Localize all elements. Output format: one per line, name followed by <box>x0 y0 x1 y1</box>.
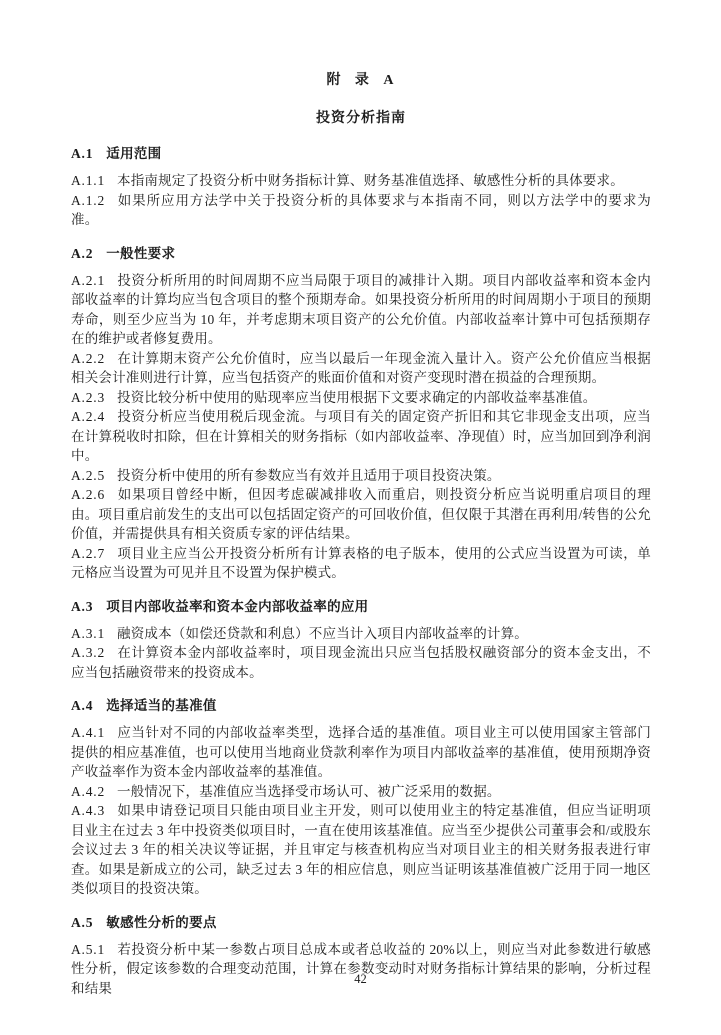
paragraph-number: A.4.1 <box>71 725 105 740</box>
section-title: 一般性要求 <box>106 246 175 261</box>
paragraph-number: A.2.6 <box>71 487 105 502</box>
paragraph-number: A.4.3 <box>71 803 105 818</box>
section-number: A.3 <box>71 599 93 614</box>
section-title: 选择适当的基准值 <box>106 698 216 713</box>
document-page: 附 录 A 投资分析指南 A.1适用范围 A.1.1本指南规定了投资分析中财务指… <box>0 0 721 1035</box>
paragraph-text: 若投资分析中某一参数占项目总成本或者总收益的 20%以上，则应当对此参数进行敏感… <box>71 942 651 996</box>
paragraph-number: A.3.2 <box>71 645 105 660</box>
section-number: A.5 <box>71 915 93 930</box>
paragraph-number: A.5.1 <box>71 942 105 957</box>
section-title: 适用范围 <box>106 146 161 161</box>
section-heading-a5: A.5敏感性分析的要点 <box>71 913 651 932</box>
paragraph-text: 本指南规定了投资分析中财务指标计算、财务基准值选择、敏感性分析的具体要求。 <box>117 173 624 188</box>
paragraph-text: 投资分析中使用的所有参数应当有效并且适用于项目投资决策。 <box>117 468 501 483</box>
paragraph-number: A.2.3 <box>71 390 105 405</box>
paragraph-number: A.2.4 <box>71 409 105 424</box>
page-number: 42 <box>0 972 721 987</box>
paragraph-a2-4: A.2.4投资分析应当使用税后现金流。与项目有关的固定资产折旧和其它非现金支出项… <box>71 407 651 466</box>
paragraph-number: A.1.2 <box>71 193 105 208</box>
document-title: 投资分析指南 <box>71 109 651 128</box>
paragraph-a3-1: A.3.1融资成本（如偿还贷款和利息）不应当计入项目内部收益率的计算。 <box>71 624 651 644</box>
paragraph-a4-3: A.4.3如果申请登记项目只能由项目业主开发，则可以使用业主的特定基准值，但应当… <box>71 801 651 899</box>
section-heading-a3: A.3项目内部收益率和资本金内部收益率的应用 <box>71 597 651 616</box>
paragraph-text: 融资成本（如偿还贷款和利息）不应当计入项目内部收益率的计算。 <box>117 626 528 641</box>
paragraph-text: 投资分析应当使用税后现金流。与项目有关的固定资产折旧和其它非现金支出项，应当在计… <box>71 409 651 463</box>
paragraph-a4-1: A.4.1应当针对不同的内部收益率类型，选择合适的基准值。项目业主可以使用国家主… <box>71 723 651 782</box>
section-heading-a1: A.1适用范围 <box>71 144 651 163</box>
section-heading-a2: A.2一般性要求 <box>71 244 651 263</box>
paragraph-text: 一般情况下，基准值应当选择受市场认可、被广泛采用的数据。 <box>117 784 501 799</box>
paragraph-a5-1: A.5.1若投资分析中某一参数占项目总成本或者总收益的 20%以上，则应当对此参… <box>71 940 651 999</box>
paragraph-a2-3: A.2.3投资比较分析中使用的贴现率应当使用根据下文要求确定的内部收益率基准值。 <box>71 388 651 408</box>
section-number: A.4 <box>71 698 93 713</box>
section-title: 项目内部收益率和资本金内部收益率的应用 <box>106 599 368 614</box>
appendix-title: 附 录 A <box>71 71 651 90</box>
paragraph-number: A.3.1 <box>71 626 105 641</box>
section-number: A.2 <box>71 246 93 261</box>
paragraph-text: 投资比较分析中使用的贴现率应当使用根据下文要求确定的内部收益率基准值。 <box>117 390 597 405</box>
section-title: 敏感性分析的要点 <box>106 915 216 930</box>
paragraph-a2-1: A.2.1投资分析所用的时间周期不应当局限于项目的减排计入期。项目内部收益率和资… <box>71 271 651 349</box>
paragraph-number: A.2.5 <box>71 468 105 483</box>
paragraph-text: 如果项目曾经中断，但因考虑碳减排收入而重启，则投资分析应当说明重启项目的理由。项… <box>71 487 651 541</box>
paragraph-text: 在计算期末资产公允价值时，应当以最后一年现金流入量计入。资产公允价值应当根据相关… <box>71 351 651 386</box>
section-number: A.1 <box>71 146 93 161</box>
paragraph-a3-2: A.3.2在计算资本金内部收益率时，项目现金流出只应当包括股权融资部分的资本金支… <box>71 643 651 682</box>
paragraph-number: A.4.2 <box>71 784 105 799</box>
paragraph-text: 如果所应用方法学中关于投资分析的具体要求与本指南不同，则以方法学中的要求为准。 <box>71 193 651 228</box>
paragraph-number: A.1.1 <box>71 173 105 188</box>
paragraph-text: 项目业主应当公开投资分析所有计算表格的电子版本，使用的公式应当设置为可读，单元格… <box>71 546 651 581</box>
paragraph-a1-2: A.1.2如果所应用方法学中关于投资分析的具体要求与本指南不同，则以方法学中的要… <box>71 191 651 230</box>
paragraph-a2-2: A.2.2在计算期末资产公允价值时，应当以最后一年现金流入量计入。资产公允价值应… <box>71 349 651 388</box>
section-heading-a4: A.4选择适当的基准值 <box>71 696 651 715</box>
paragraph-text: 如果申请登记项目只能由项目业主开发，则可以使用业主的特定基准值，但应当证明项目业… <box>71 803 651 896</box>
paragraph-number: A.2.1 <box>71 273 105 288</box>
paragraph-number: A.2.2 <box>71 351 105 366</box>
paragraph-a2-5: A.2.5投资分析中使用的所有参数应当有效并且适用于项目投资决策。 <box>71 466 651 486</box>
paragraph-number: A.2.7 <box>71 546 105 561</box>
paragraph-text: 应当针对不同的内部收益率类型，选择合适的基准值。项目业主可以使用国家主管部门提供… <box>71 725 651 779</box>
paragraph-a1-1: A.1.1本指南规定了投资分析中财务指标计算、财务基准值选择、敏感性分析的具体要… <box>71 171 651 191</box>
paragraph-a4-2: A.4.2一般情况下，基准值应当选择受市场认可、被广泛采用的数据。 <box>71 782 651 802</box>
paragraph-a2-7: A.2.7项目业主应当公开投资分析所有计算表格的电子版本，使用的公式应当设置为可… <box>71 544 651 583</box>
paragraph-a2-6: A.2.6如果项目曾经中断，但因考虑碳减排收入而重启，则投资分析应当说明重启项目… <box>71 485 651 544</box>
paragraph-text: 在计算资本金内部收益率时，项目现金流出只应当包括股权融资部分的资本金支出，不应当… <box>71 645 651 680</box>
paragraph-text: 投资分析所用的时间周期不应当局限于项目的减排计入期。项目内部收益率和资本金内部收… <box>71 273 651 347</box>
